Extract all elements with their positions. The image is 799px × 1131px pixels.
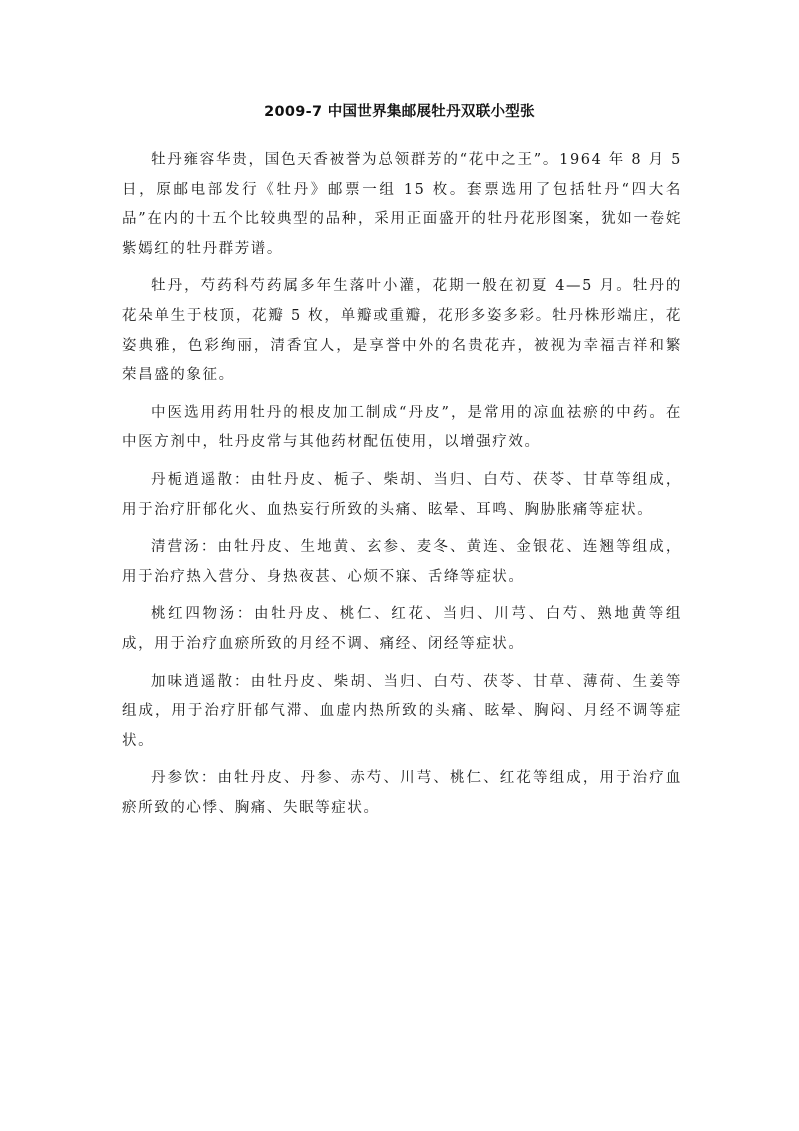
paragraph-formula-qingying: 清营汤：由牡丹皮、生地黄、玄参、麦冬、黄连、金银花、连翘等组成，用于治疗热入营分… bbox=[122, 533, 682, 592]
paragraph-medicine: 中医选用药用牡丹的根皮加工制成“丹皮”，是常用的凉血祛瘀的中药。在中医方剂中，牡… bbox=[122, 399, 682, 458]
paragraph-botany: 牡丹，芍药科芍药属多年生落叶小灌，花期一般在初夏 4—5 月。牡丹的花朵单生于枝… bbox=[122, 272, 682, 390]
paragraph-formula-taohong: 桃红四物汤：由牡丹皮、桃仁、红花、当归、川芎、白芍、熟地黄等组成，用于治疗血瘀所… bbox=[122, 600, 682, 659]
paragraph-formula-danshen: 丹参饮：由牡丹皮、丹参、赤芍、川芎、桃仁、红花等组成，用于治疗血瘀所致的心悸、胸… bbox=[122, 764, 682, 823]
document-title: 2009-7 中国世界集邮展牡丹双联小型张 bbox=[0, 100, 799, 121]
document-page: 2009-7 中国世界集邮展牡丹双联小型张 牡丹雍容华贵，国色天香被誉为总领群芳… bbox=[0, 0, 799, 1131]
paragraph-formula-jiawei: 加味逍遥散：由牡丹皮、柴胡、当归、白芍、茯苓、甘草、薄荷、生姜等组成，用于治疗肝… bbox=[122, 668, 682, 757]
document-body: 牡丹雍容华贵，国色天香被誉为总领群芳的“花中之王”。1964 年 8 月 5 日… bbox=[122, 146, 682, 831]
paragraph-intro: 牡丹雍容华贵，国色天香被誉为总领群芳的“花中之王”。1964 年 8 月 5 日… bbox=[122, 146, 682, 264]
paragraph-formula-danzhi: 丹栀逍遥散：由牡丹皮、栀子、柴胡、当归、白芍、茯苓、甘草等组成，用于治疗肝郁化火… bbox=[122, 466, 682, 525]
